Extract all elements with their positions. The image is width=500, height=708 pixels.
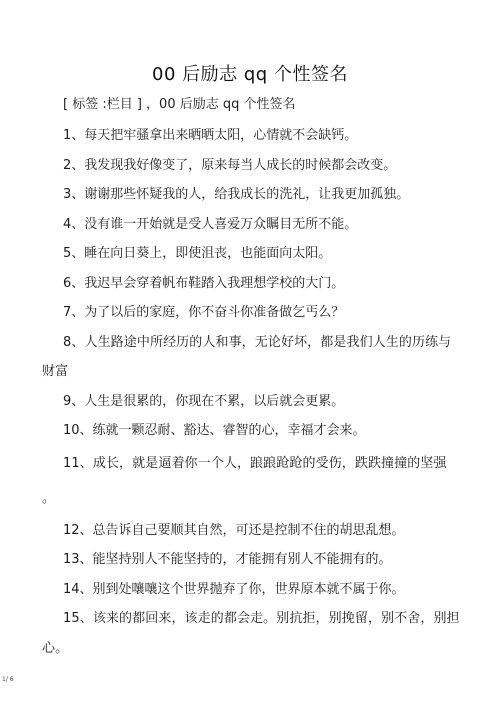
page-number: 1/ 6 (2, 676, 14, 683)
item-text: 没有谁一开始就是受人喜爱万众瞩目无所不能。 (84, 217, 357, 232)
item-number: 3、 (63, 187, 84, 202)
item-text: 我迟早会穿着帆布鞋踏入我理想学校的大门。 (84, 276, 344, 291)
document-page: 00 后励志 qq 个性签名 [ 标签 :栏目 ] ，00 后励志 qq 个性签… (0, 0, 500, 708)
list-item: 1、每天把牢骚拿出来晒晒太阳，心情就不会缺钙。 (42, 121, 460, 151)
item-text: 睡在向日葵上，即使沮丧，也能面向太阳。 (84, 246, 331, 261)
item-number: 2、 (63, 158, 84, 173)
item-number: 5、 (63, 246, 84, 261)
list-item: 12、总告诉自己要顺其自然，可还是控制不住的胡思乱想。 (42, 516, 460, 546)
list-item: 15、该来的都回来，该走的都会走。别抗拒，别挽留，别不舍，别担心。 (42, 604, 460, 663)
list-item: 8、人生路途中所经历的人和事，无论好坏，都是我们人生的历练与财富 (42, 328, 460, 387)
item-number: 4、 (63, 217, 84, 232)
list-item: 10、练就一颗忍耐、豁达、睿智的心，幸福才会来。 (42, 416, 460, 446)
item-text: 该来的都回来，该走的都会走。别抗拒，别挽留，别不舍，别担心。 (42, 611, 460, 656)
list-item: 11、成长，就是逼着你一个人，踉踉跄跄的受伤，跌跌撞撞的坚强 。 (42, 446, 460, 516)
document-title: 00 后励志 qq 个性签名 (0, 60, 500, 86)
item-text: 总告诉自己要顺其自然，可还是控制不住的胡思乱想。 (93, 523, 405, 538)
list-item: 14、别到处嚷嚷这个世界抛弃了你，世界原本就不属于你。 (42, 575, 460, 605)
item-number: 10、 (63, 423, 93, 438)
item-number: 11、 (63, 456, 93, 471)
list-item: 9、人生是很累的，你现在不累，以后就会更累。 (42, 387, 460, 417)
item-number: 7、 (63, 305, 84, 320)
item-text: 能坚持别人不能坚持的，才能拥有别人不能拥有的。 (93, 552, 392, 567)
item-number: 1、 (63, 128, 84, 143)
item-text: 别到处嚷嚷这个世界抛弃了你，世界原本就不属于你。 (93, 582, 405, 597)
item-text: 人生是很累的，你现在不累，以后就会更累。 (84, 394, 344, 409)
list-item: 7、为了以后的家庭，你不奋斗你准备做乞丐么？ (42, 298, 460, 328)
item-text: 每天把牢骚拿出来晒晒太阳，心情就不会缺钙。 (84, 128, 357, 143)
item-number: 9、 (63, 394, 84, 409)
list-item: 2、我发现我好像变了，原来每当人成长的时候都会改变。 (42, 151, 460, 181)
item-number: 15、 (63, 611, 93, 626)
item-text: 成长，就是逼着你一个人，踉踉跄跄的受伤，跌跌撞撞的坚强 。 (42, 456, 447, 506)
list-item: 4、没有谁一开始就是受人喜爱万众瞩目无所不能。 (42, 210, 460, 240)
item-text: 人生路途中所经历的人和事，无论好坏，都是我们人生的历练与财富 (42, 335, 451, 380)
document-subtitle: [ 标签 :栏目 ] ，00 后励志 qq 个性签名 (63, 93, 296, 112)
item-text: 我发现我好像变了，原来每当人成长的时候都会改变。 (84, 158, 396, 173)
list-item: 6、我迟早会穿着帆布鞋踏入我理想学校的大门。 (42, 269, 460, 299)
list-item: 3、谢谢那些怀疑我的人，给我成长的洗礼，让我更加孤独。 (42, 180, 460, 210)
item-number: 12、 (63, 523, 93, 538)
item-number: 13、 (63, 552, 93, 567)
item-number: 6、 (63, 276, 84, 291)
item-text: 练就一颗忍耐、豁达、睿智的心，幸福才会来。 (93, 423, 366, 438)
item-number: 8、 (63, 335, 84, 350)
item-number: 14、 (63, 582, 93, 597)
item-text: 谢谢那些怀疑我的人，给我成长的洗礼，让我更加孤独。 (84, 187, 409, 202)
item-text: 为了以后的家庭，你不奋斗你准备做乞丐么？ (84, 305, 344, 320)
list-item: 5、睡在向日葵上，即使沮丧，也能面向太阳。 (42, 239, 460, 269)
list-item: 13、能坚持别人不能坚持的，才能拥有别人不能拥有的。 (42, 545, 460, 575)
signature-list: 1、每天把牢骚拿出来晒晒太阳，心情就不会缺钙。 2、我发现我好像变了，原来每当人… (42, 121, 460, 663)
